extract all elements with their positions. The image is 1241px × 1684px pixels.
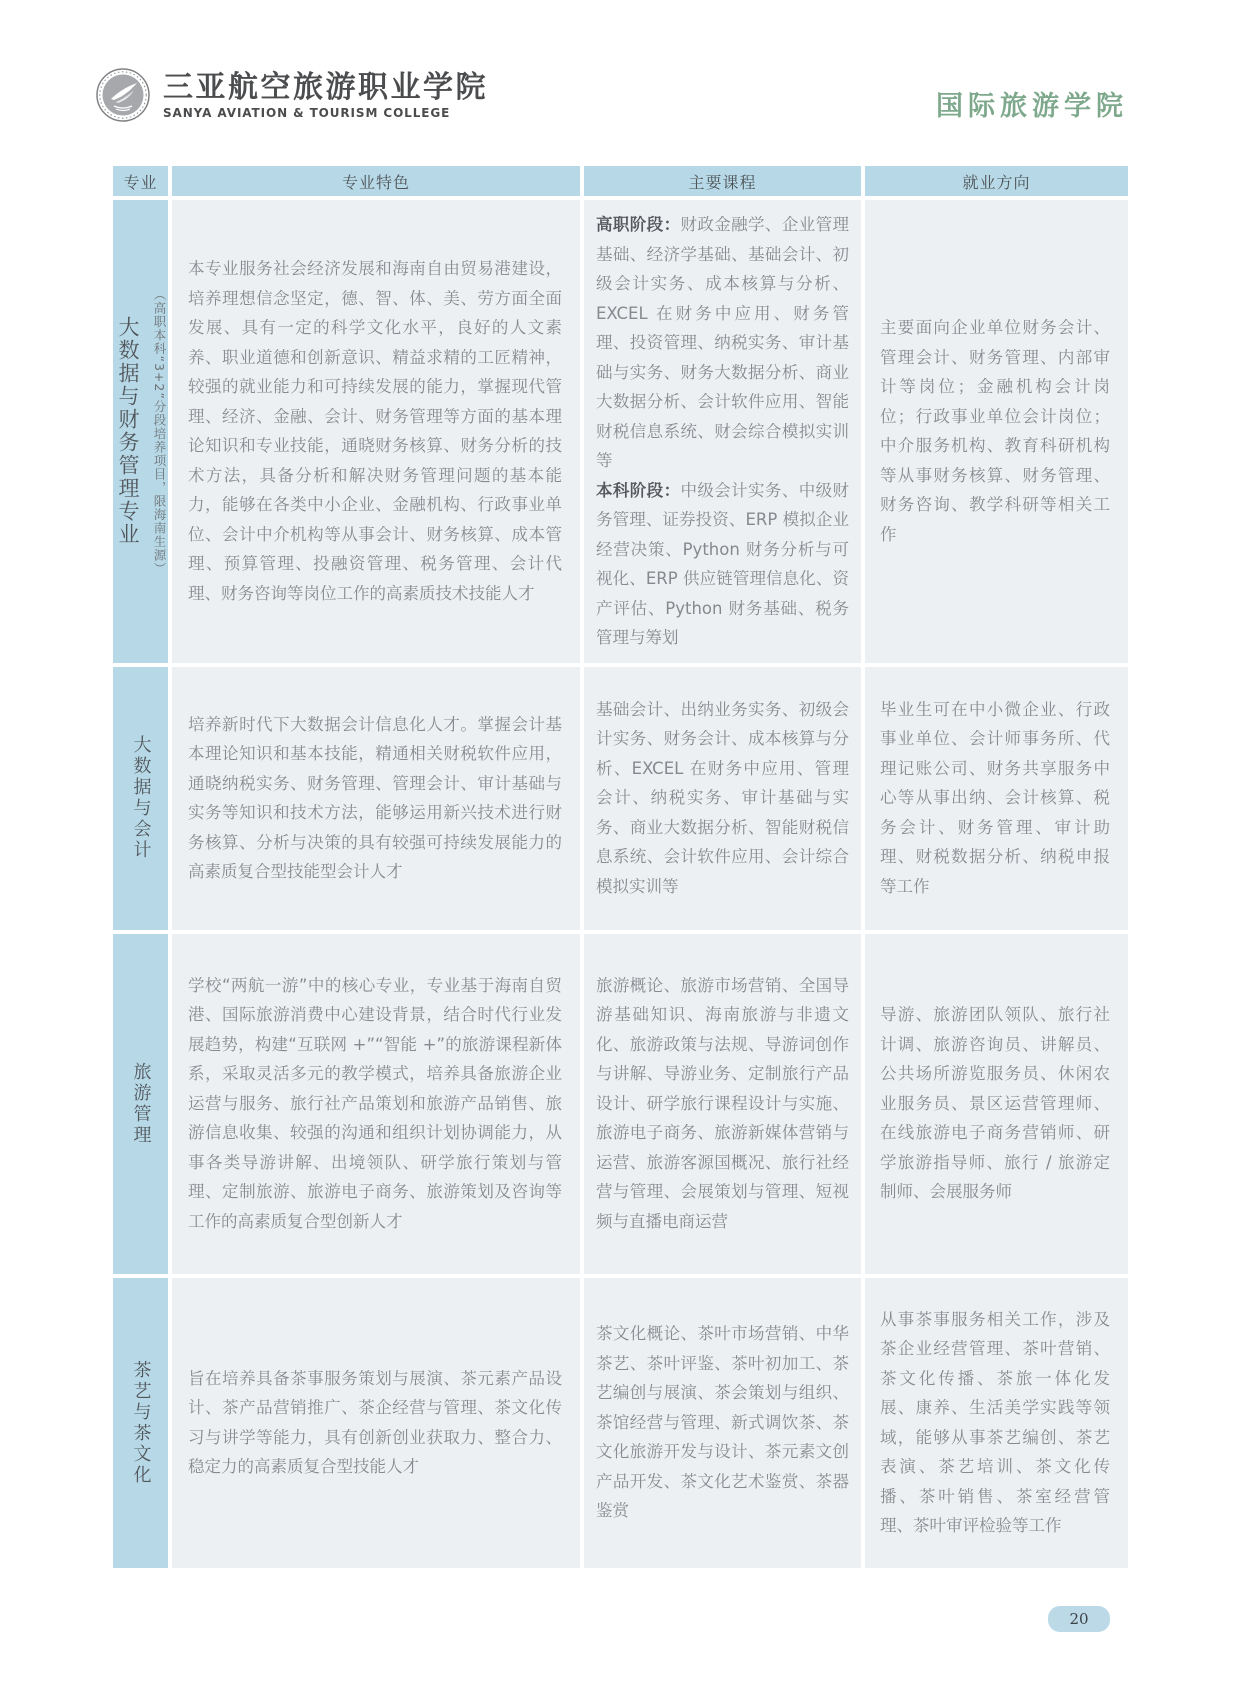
row-2-major-name: 大数据与会计 bbox=[128, 735, 154, 861]
row-1-major-name: 大数据与财务管理专业 bbox=[113, 316, 143, 546]
row-1-courses-cell: 高职阶段：财政金融学、企业管理基础、经济学基础、基础会计、初级会计实务、成本核算… bbox=[584, 200, 861, 663]
page-number: 20 bbox=[1048, 1606, 1110, 1632]
row-1-stage2-text: 中级会计实务、中级财务管理、证券投资、ERP 模拟企业经营决策、Python 财… bbox=[596, 481, 849, 648]
row-3-features-text: 学校“两航一游”中的核心专业，专业基于海南自贸港、国际旅游消费中心建设背景，结合… bbox=[188, 971, 562, 1237]
row-4-features-text: 旨在培养具备茶事服务策划与展演、茶元素产品设计、茶产品营销推广、茶企经营与管理、… bbox=[188, 1364, 562, 1482]
row-3-features-cell: 学校“两航一游”中的核心专业，专业基于海南自贸港、国际旅游消费中心建设背景，结合… bbox=[172, 934, 580, 1274]
logo-title-en: SANYA AVIATION & TOURISM COLLEGE bbox=[163, 106, 488, 120]
row-1-features-text: 本专业服务社会经济发展和海南自由贸易港建设，培养理想信念坚定，德、智、体、美、劳… bbox=[188, 254, 562, 608]
row-3-major-name: 旅游管理 bbox=[128, 1062, 154, 1146]
row-4-major-cell: 茶艺与茶文化 bbox=[113, 1278, 168, 1568]
row-3-employment-text: 导游、旅游团队领队、旅行社计调、旅游咨询员、讲解员、公共场所游览服务员、休闲农业… bbox=[880, 1000, 1110, 1207]
row-4-courses-cell: 茶文化概论、茶叶市场营销、中华茶艺、茶叶评鉴、茶叶初加工、茶艺编创与展演、茶会策… bbox=[584, 1278, 861, 1568]
row-3-courses-text: 旅游概论、旅游市场营销、全国导游基础知识、海南旅游与非遗文化、旅游政策与法规、导… bbox=[596, 971, 849, 1237]
row-3-major-cell: 旅游管理 bbox=[113, 934, 168, 1274]
col-header-employment: 就业方向 bbox=[865, 166, 1128, 196]
row-2-employment-text: 毕业生可在中小微企业、行政事业单位、会计师事务所、代理记账公司、财务共享服务中心… bbox=[880, 695, 1110, 902]
college-name-title: 国际旅游学院 bbox=[936, 84, 1128, 123]
row-1-employment-cell: 主要面向企业单位财务会计、管理会计、财务管理、内部审计等岗位；金融机构会计岗位；… bbox=[865, 200, 1128, 663]
row-4-employment-text: 从事茶事服务相关工作，涉及茶企业经营管理、茶叶营销、茶文化传播、茶旅一体化发展、… bbox=[880, 1305, 1110, 1541]
college-emblem-icon bbox=[96, 68, 150, 122]
row-4-employment-cell: 从事茶事服务相关工作，涉及茶企业经营管理、茶叶营销、茶文化传播、茶旅一体化发展、… bbox=[865, 1278, 1128, 1568]
col-header-features: 专业特色 bbox=[172, 166, 580, 196]
row-3-employment-cell: 导游、旅游团队领队、旅行社计调、旅游咨询员、讲解员、公共场所游览服务员、休闲农业… bbox=[865, 934, 1128, 1274]
row-1-courses-stage2: 本科阶段：中级会计实务、中级财务管理、证券投资、ERP 模拟企业经营决策、Pyt… bbox=[596, 476, 849, 653]
majors-table: 专业 专业特色 主要课程 就业方向 （高职本科“3+2”分段培养项目，限海南生源… bbox=[113, 166, 1128, 1568]
row-1-stage1-label: 高职阶段： bbox=[596, 215, 680, 234]
row-3-major-vertical-text: 旅游管理 bbox=[128, 1062, 154, 1146]
row-2-features-cell: 培养新时代下大数据会计信息化人才。掌握会计基本理论知识和基本技能，精通相关财税软… bbox=[172, 667, 580, 930]
college-logo: 三亚航空旅游职业学院 SANYA AVIATION & TOURISM COLL… bbox=[96, 68, 488, 122]
logo-title-cn: 三亚航空旅游职业学院 bbox=[163, 71, 488, 105]
row-3-courses-cell: 旅游概论、旅游市场营销、全国导游基础知识、海南旅游与非遗文化、旅游政策与法规、导… bbox=[584, 934, 861, 1274]
row-2-employment-cell: 毕业生可在中小微企业、行政事业单位、会计师事务所、代理记账公司、财务共享服务中心… bbox=[865, 667, 1128, 930]
row-2-features-text: 培养新时代下大数据会计信息化人才。掌握会计基本理论知识和基本技能，精通相关财税软… bbox=[188, 710, 562, 887]
row-1-major-cell: （高职本科“3+2”分段培养项目，限海南生源） 大数据与财务管理专业 bbox=[113, 200, 168, 663]
row-1-stage1-text: 财政金融学、企业管理基础、经济学基础、基础会计、初级会计实务、成本核算与分析、E… bbox=[596, 215, 849, 470]
row-1-major-note: （高职本科“3+2”分段培养项目，限海南生源） bbox=[150, 288, 168, 575]
row-4-courses-text: 茶文化概论、茶叶市场营销、中华茶艺、茶叶评鉴、茶叶初加工、茶艺编创与展演、茶会策… bbox=[596, 1319, 849, 1526]
page: 三亚航空旅游职业学院 SANYA AVIATION & TOURISM COLL… bbox=[0, 0, 1241, 1684]
row-1-courses-stage1: 高职阶段：财政金融学、企业管理基础、经济学基础、基础会计、初级会计实务、成本核算… bbox=[596, 210, 849, 476]
row-2-major-vertical-text: 大数据与会计 bbox=[128, 735, 154, 861]
row-4-major-vertical-text: 茶艺与茶文化 bbox=[128, 1360, 154, 1486]
row-1-stage2-label: 本科阶段： bbox=[596, 481, 680, 500]
row-2-major-cell: 大数据与会计 bbox=[113, 667, 168, 930]
row-2-courses-cell: 基础会计、出纳业务实务、初级会计实务、财务会计、成本核算与分析、EXCEL 在财… bbox=[584, 667, 861, 930]
row-1-major-vertical-text: （高职本科“3+2”分段培养项目，限海南生源） 大数据与财务管理专业 bbox=[113, 288, 168, 575]
logo-text: 三亚航空旅游职业学院 SANYA AVIATION & TOURISM COLL… bbox=[163, 71, 488, 120]
row-2-courses-text: 基础会计、出纳业务实务、初级会计实务、财务会计、成本核算与分析、EXCEL 在财… bbox=[596, 695, 849, 902]
row-1-employment-text: 主要面向企业单位财务会计、管理会计、财务管理、内部审计等岗位；金融机构会计岗位；… bbox=[880, 313, 1110, 549]
col-header-courses: 主要课程 bbox=[584, 166, 861, 196]
row-4-features-cell: 旨在培养具备茶事服务策划与展演、茶元素产品设计、茶产品营销推广、茶企经营与管理、… bbox=[172, 1278, 580, 1568]
row-1-features-cell: 本专业服务社会经济发展和海南自由贸易港建设，培养理想信念坚定，德、智、体、美、劳… bbox=[172, 200, 580, 663]
col-header-major: 专业 bbox=[113, 166, 168, 196]
row-4-major-name: 茶艺与茶文化 bbox=[128, 1360, 154, 1486]
